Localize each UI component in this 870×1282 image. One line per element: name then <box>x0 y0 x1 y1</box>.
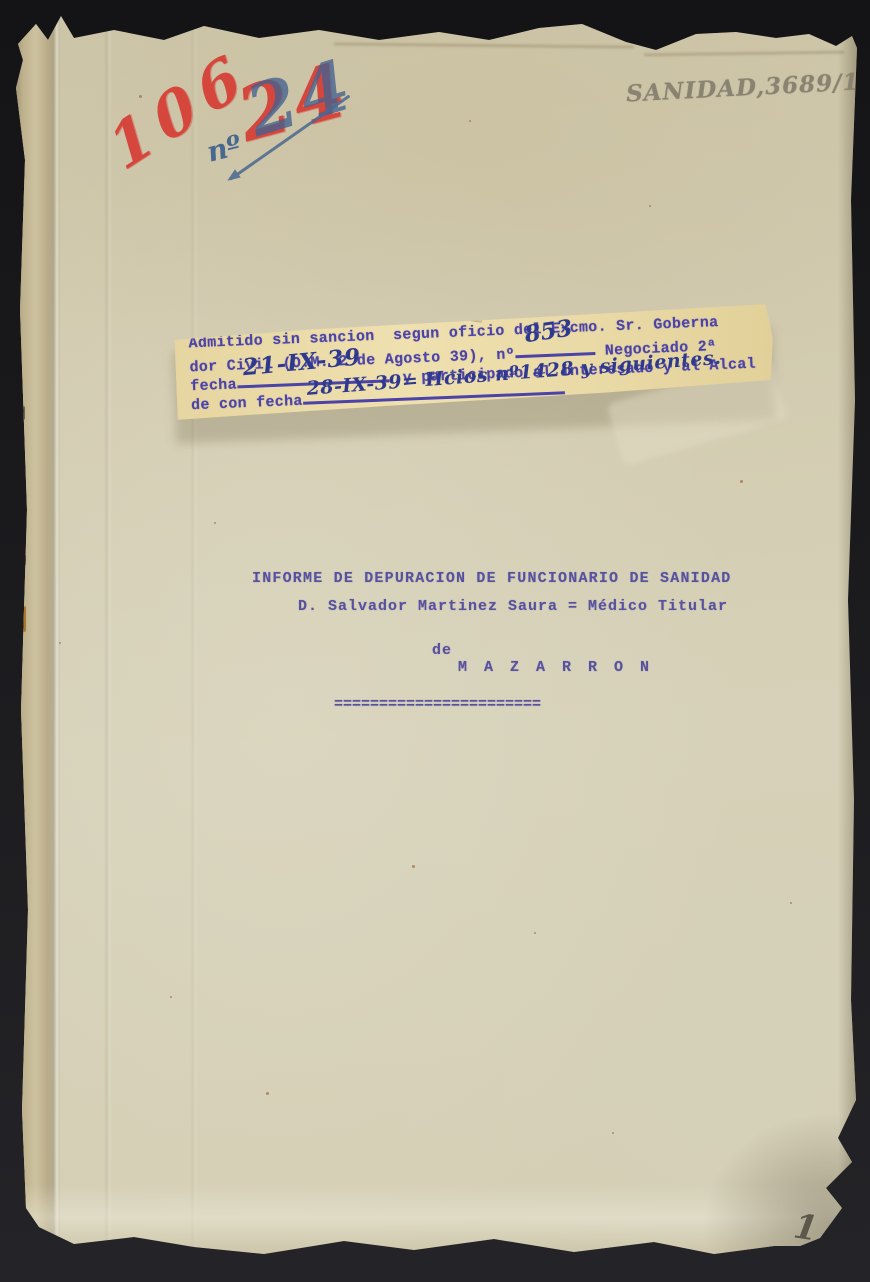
report-title: INFORME DE DEPURACION DE FUNCIONARIO DE … <box>252 570 752 587</box>
foxing-spot <box>469 120 471 122</box>
foxing-spot <box>740 480 743 483</box>
pencil-reference: SANIDAD,3689/106 <box>625 67 870 107</box>
foxing-spot <box>790 902 792 904</box>
stitch-slit <box>22 554 26 566</box>
arrowhead-icon <box>224 169 240 185</box>
foxing-spot <box>59 642 61 644</box>
stitch-slit <box>19 606 26 632</box>
torn-corner-shadow <box>702 1112 852 1252</box>
vertical-crease <box>190 10 198 1266</box>
right-edge-shadow <box>838 10 860 1266</box>
title-block: INFORME DE DEPURACION DE FUNCIONARIO DE … <box>252 570 752 713</box>
handwritten-number: 853 <box>522 315 573 349</box>
paper-sheet: 106 24 24 nº SANIDAD,3689/106 2 Admitido… <box>14 10 860 1266</box>
foxing-spot <box>534 932 536 934</box>
foxing-spot <box>649 205 651 207</box>
top-edge-crease <box>644 51 844 57</box>
foxing-spot <box>612 1132 614 1134</box>
page-number: 1 <box>791 1206 821 1249</box>
top-edge-crease <box>334 42 634 48</box>
binding-fold-edge <box>14 10 60 1266</box>
vertical-crease <box>104 10 112 1266</box>
filled-blank: 853 <box>514 338 595 358</box>
blue-no-abbreviation: nº <box>204 128 245 168</box>
foxing-spot <box>412 865 415 868</box>
scanned-document-page: 106 24 24 nº SANIDAD,3689/106 2 Admitido… <box>0 0 870 1282</box>
foxing-spot <box>170 996 172 998</box>
stitch-slit <box>20 406 25 420</box>
report-subject: D. Salvador Martinez Saura = Médico Titu… <box>298 598 752 615</box>
place-prefix: de <box>432 642 452 659</box>
stitch-slit <box>21 938 25 949</box>
title-underline: ======================= <box>334 696 752 713</box>
typed-text: de con fecha <box>191 393 303 414</box>
foxing-spot <box>266 1092 269 1095</box>
foxing-spot <box>214 522 216 524</box>
report-place-line: de M A Z A R R O N <box>352 625 752 693</box>
red-archive-number: 106 <box>99 37 261 184</box>
place-name: M A Z A R R O N <box>458 659 653 676</box>
